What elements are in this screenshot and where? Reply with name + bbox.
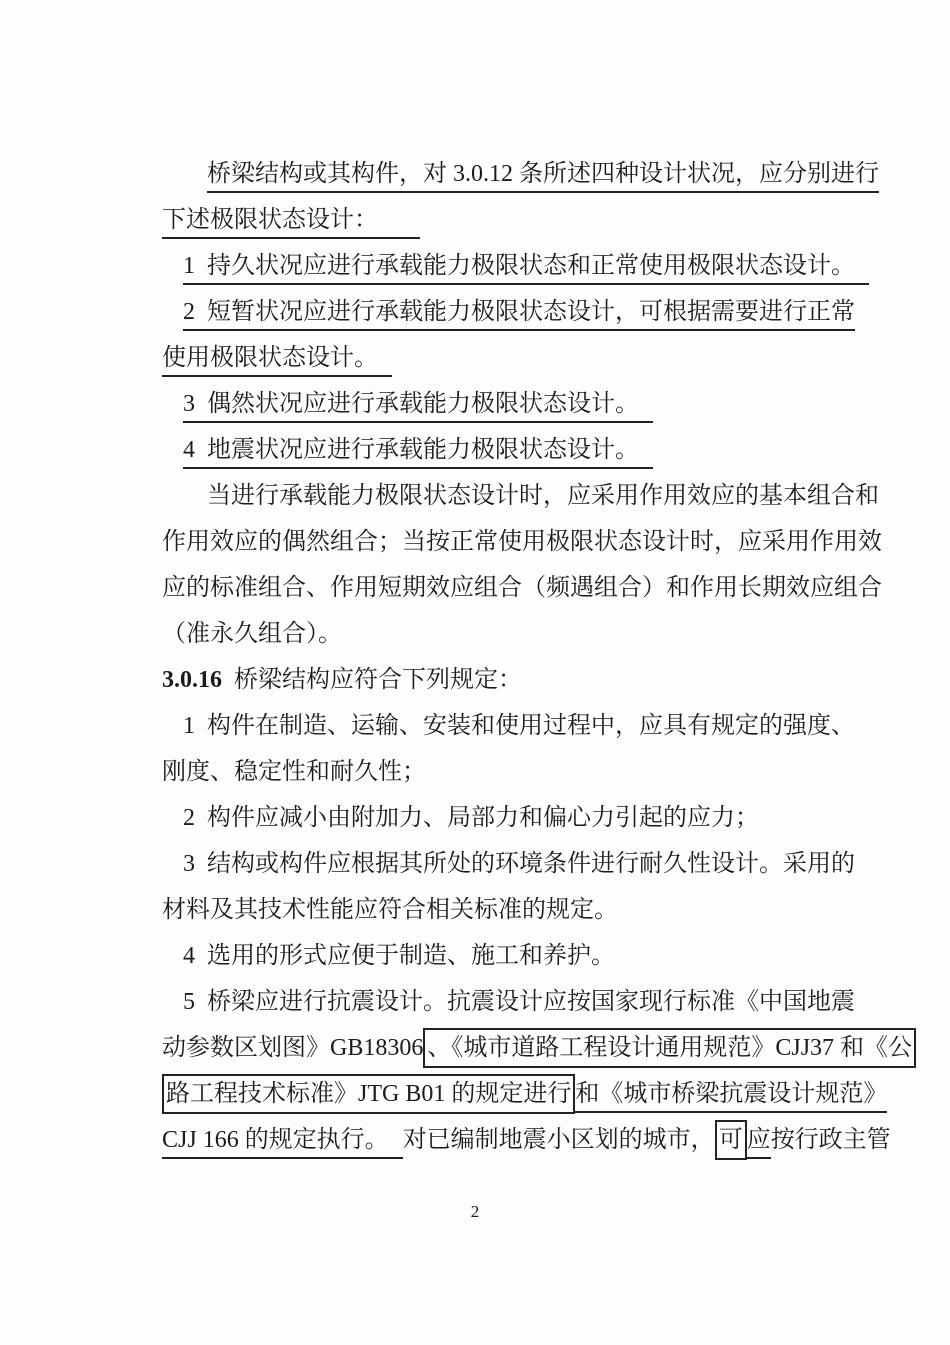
underlined-segment: CJJ 166 的规定执行。	[162, 1127, 403, 1159]
text-line: 3 偶然状况应进行承载能力极限状态设计。	[162, 381, 827, 427]
text-segment: 材料及其技术性能应符合相关标准的规定。	[162, 897, 618, 923]
text-line: 4 选用的形式应便于制造、施工和养护。	[162, 933, 827, 979]
underlined-segment: 1 持久状况应进行承载能力极限状态和正常使用极限状态设计。	[183, 253, 869, 285]
text-segment: 桥梁结构应符合下列规定：	[222, 667, 522, 693]
underlined-segment: 4 地震状况应进行承载能力极限状态设计。	[183, 437, 653, 469]
text-line: 4 地震状况应进行承载能力极限状态设计。	[162, 427, 827, 473]
text-segment: 动参数区划图》GB18306	[162, 1035, 423, 1061]
text-line: 桥梁结构或其构件，对 3.0.12 条所述四种设计状况，应分别进行	[162, 151, 827, 197]
text-segment: 对已编制地震小区划的城市，	[403, 1127, 715, 1153]
text-line: 3.0.16 桥梁结构应符合下列规定：	[162, 657, 827, 703]
underlined-segment: 2 短暂状况应进行承载能力极限状态设计，可根据需要进行正常	[183, 299, 855, 331]
text-line: 使用极限状态设计。	[162, 335, 827, 381]
text-segment: 2 构件应减小由附加力、局部力和偏心力引起的应力；	[183, 805, 759, 831]
text-line: 3 结构或构件应根据其所处的环境条件进行耐久性设计。采用的	[162, 841, 827, 887]
text-segment: 1 构件在制造、运输、安装和使用过程中，应具有规定的强度、	[183, 713, 855, 739]
text-line: （准永久组合）。	[162, 611, 827, 657]
revision-box-segment: 可	[715, 1120, 747, 1160]
underlined-segment: 应	[747, 1127, 771, 1159]
text-segment: 4 选用的形式应便于制造、施工和养护。	[183, 943, 615, 969]
text-line: 动参数区划图》GB18306、《城市道路工程设计通用规范》CJJ37 和《公	[162, 1025, 827, 1071]
text-line: 刚度、稳定性和耐久性；	[162, 749, 827, 795]
text-line: 当进行承载能力极限状态设计时，应采用作用效应的基本组合和	[162, 473, 827, 519]
clause-number: 3.0.16	[162, 667, 222, 693]
text-segment: 5 桥梁应进行抗震设计。抗震设计应按国家现行标准《中国地震	[183, 989, 855, 1015]
document-text-block: 桥梁结构或其构件，对 3.0.12 条所述四种设计状况，应分别进行下述极限状态设…	[162, 151, 827, 1163]
text-line: 2 构件应减小由附加力、局部力和偏心力引起的应力；	[162, 795, 827, 841]
page-number: 2	[0, 1202, 950, 1222]
text-line: CJJ 166 的规定执行。对已编制地震小区划的城市，可应按行政主管	[162, 1117, 827, 1163]
text-line: 下述极限状态设计：	[162, 197, 827, 243]
text-segment: 作用效应的偶然组合；当按正常使用极限状态设计时，应采用作用效	[162, 529, 882, 555]
text-line: 应的标准组合、作用短期效应组合（频遇组合）和作用长期效应组合	[162, 565, 827, 611]
text-line: 2 短暂状况应进行承载能力极限状态设计，可根据需要进行正常	[162, 289, 827, 335]
text-segment: 3 结构或构件应根据其所处的环境条件进行耐久性设计。采用的	[183, 851, 855, 877]
text-line: 1 持久状况应进行承载能力极限状态和正常使用极限状态设计。	[162, 243, 827, 289]
underlined-segment: 3 偶然状况应进行承载能力极限状态设计。	[183, 391, 653, 423]
underlined-segment: 桥梁结构或其构件，对 3.0.12 条所述四种设计状况，应分别进行	[207, 161, 879, 193]
underlined-segment: 使用极限状态设计。	[162, 345, 392, 377]
text-line: 作用效应的偶然组合；当按正常使用极限状态设计时，应采用作用效	[162, 519, 827, 565]
text-line: 5 桥梁应进行抗震设计。抗震设计应按国家现行标准《中国地震	[162, 979, 827, 1025]
revision-box-segment: 路工程技术标准》JTG B01 的规定进行	[162, 1074, 575, 1114]
text-segment: 按行政主管	[771, 1127, 891, 1153]
underlined-segment: 下述极限状态设计：	[162, 207, 420, 239]
text-line: 1 构件在制造、运输、安装和使用过程中，应具有规定的强度、	[162, 703, 827, 749]
text-line: 路工程技术标准》JTG B01 的规定进行和《城市桥梁抗震设计规范》	[162, 1071, 827, 1117]
text-segment: 应的标准组合、作用短期效应组合（频遇组合）和作用长期效应组合	[162, 575, 882, 601]
text-segment: （准永久组合）。	[162, 621, 342, 647]
document-page: 桥梁结构或其构件，对 3.0.12 条所述四种设计状况，应分别进行下述极限状态设…	[0, 0, 950, 1345]
text-segment: 当进行承载能力极限状态设计时，应采用作用效应的基本组合和	[207, 483, 879, 509]
text-segment: 刚度、稳定性和耐久性；	[162, 759, 426, 785]
underlined-segment: 和《城市桥梁抗震设计规范》	[575, 1081, 887, 1113]
revision-box-segment: 、《城市道路工程设计通用规范》CJJ37 和《公	[423, 1028, 916, 1068]
text-line: 材料及其技术性能应符合相关标准的规定。	[162, 887, 827, 933]
